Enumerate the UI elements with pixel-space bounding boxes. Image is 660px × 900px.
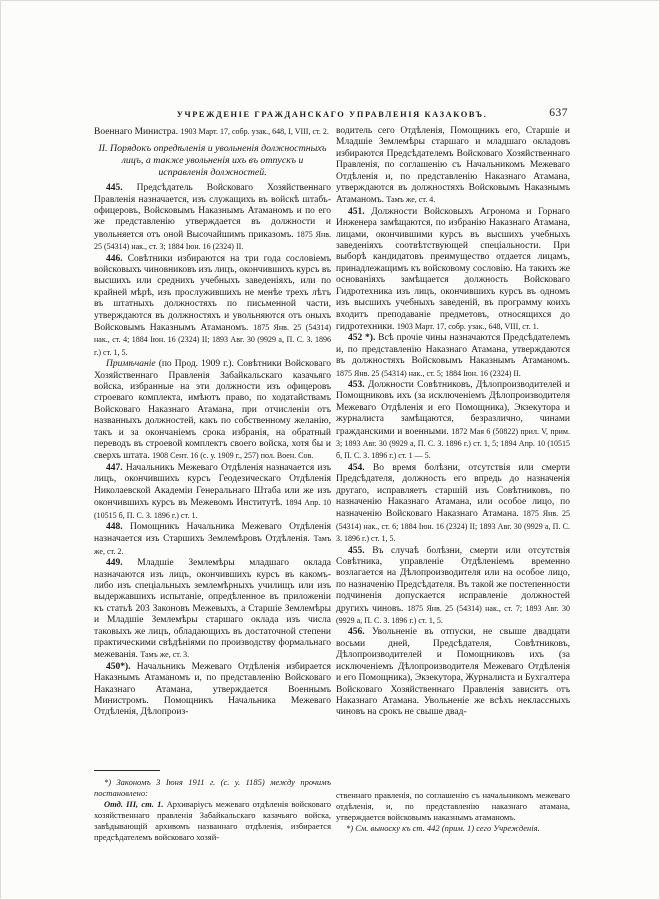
footnote-reference: *) См. выноску къ ст. 442 (прим. 1) сего…: [336, 823, 570, 834]
note-citation: 1908 Сент. 16 (с. у. 1909 г., 257) пол. …: [152, 451, 313, 460]
article-449-body: Младшіе Землемѣры младшаго оклада назнач…: [94, 558, 331, 660]
footnote-lead: Отд. III, ст. 1.: [104, 799, 163, 809]
article-455-number: 455.: [348, 546, 365, 556]
carryover-citation-right: Тамъ же, ст. 4.: [386, 195, 435, 204]
article-454: 454. Во время болѣзни, отсутствія или см…: [336, 463, 570, 546]
article-456-number: 456.: [348, 627, 365, 637]
article-452-citation: 1875 Янв. 25 (54314) нак., ст. 5; 1884 І…: [336, 369, 521, 378]
running-header-title: УЧРЕЖДЕНІЕ ГРАЖДАНСКАГО УПРАВЛЕНІЯ КАЗАК…: [94, 107, 570, 119]
article-455: 455. Въ случаѣ болѣзни, смерти или отсут…: [336, 546, 570, 628]
carryover-paragraph-right: водитель сего Отдѣленія, Помощникъ его, …: [336, 126, 570, 207]
footnote-intro: *) Закономъ 3 Іюня 1911 г. (с. у. 1185) …: [94, 777, 331, 799]
note-body: (по Прод. 1909 г.). Совѣтники Войсковаго…: [94, 359, 331, 461]
article-446: 446. Совѣтники избираются на три года со…: [94, 254, 331, 360]
article-452: 452 *). Всѣ прочіе чины назначаются Пред…: [336, 333, 570, 380]
footnote-continuation: ственнаго правленія, по соглашенію съ на…: [336, 790, 570, 823]
article-451-number: 451.: [348, 207, 365, 217]
footnote-body-paragraph: Отд. III, ст. 1. Архиваріусъ межеваго от…: [94, 799, 331, 843]
article-445-body: Предсѣдатель Войсковаго Хозяйственнаго П…: [94, 183, 331, 240]
left-column: Военнаго Министра. 1903 Март. 17, собр. …: [94, 126, 331, 719]
article-454-number: 454.: [348, 463, 365, 473]
article-447: 447. Начальникъ Межеваго Отдѣленія назна…: [94, 463, 331, 522]
article-451-citation: 1903 Март. 17, собр. узак., 648, VIII, с…: [397, 322, 539, 331]
article-449-citation: Тамъ же, ст. 3.: [140, 650, 189, 659]
article-446-number: 446.: [106, 254, 123, 264]
article-449-number: 449.: [106, 558, 123, 568]
section-heading: II. Порядокъ опредѣленія и увольненія до…: [98, 143, 327, 179]
footnote-rule: [94, 770, 160, 771]
page-number: 637: [549, 107, 568, 119]
note-paragraph: Примѣчаніе (по Прод. 1909 г.). Совѣтники…: [94, 359, 331, 463]
carryover-paragraph: Военнаго Министра. 1903 Март. 17, собр. …: [94, 126, 331, 138]
footnote-right: ственнаго правленія, по соглашенію съ на…: [336, 788, 570, 888]
article-447-number: 447.: [106, 463, 123, 473]
article-446-body: Совѣтники избираются на три года сослові…: [94, 254, 331, 333]
article-456: 456. Увольненіе въ отпуски, не свыше два…: [336, 627, 570, 718]
article-453: 453. Должности Совѣтниковъ, Дѣлопроизвод…: [336, 380, 570, 463]
article-448-number: 448.: [106, 522, 123, 532]
running-header: УЧРЕЖДЕНІЕ ГРАЖДАНСКАГО УПРАВЛЕНІЯ КАЗАК…: [94, 107, 570, 123]
carryover-text-right: водитель сего Отдѣленія, Помощникъ его, …: [336, 126, 570, 205]
article-450: 450*). Начальникъ Межеваго Отдѣленія изб…: [94, 662, 331, 719]
carryover-text: Военнаго Министра.: [94, 127, 178, 137]
article-451: 451. Должности Войсковыхъ Агронома и Гор…: [336, 207, 570, 333]
article-451-body: Должности Войсковыхъ Агронома и Горнаго …: [336, 207, 570, 332]
scanned-book-page: УЧРЕЖДЕНІЕ ГРАЖДАНСКАГО УПРАВЛЕНІЯ КАЗАК…: [0, 0, 660, 900]
article-449: 449. Младшіе Землемѣры младшаго оклада н…: [94, 558, 331, 662]
article-445-number: 445.: [106, 183, 123, 193]
carryover-citation: 1903 Март. 17, собр. узак., 648, I, VIII…: [181, 127, 329, 136]
article-450-number: 450*).: [106, 662, 131, 672]
article-445: 445. Предсѣдатель Войсковаго Хозяйственн…: [94, 183, 331, 253]
article-453-number: 453.: [348, 380, 365, 390]
article-456-body: Увольненіе въ отпуски, не свыше двадцати…: [336, 627, 570, 717]
footnote-left: *) Закономъ 3 Іюня 1911 г. (с. у. 1185) …: [94, 768, 331, 888]
article-448: 448. Помощникъ Начальника Межеваго Отдѣл…: [94, 522, 331, 558]
article-448-body: Помощникъ Начальника Межеваго Отдѣленія …: [94, 522, 331, 544]
note-label: Примѣчаніе: [106, 359, 156, 369]
article-452-number: 452 *).: [348, 333, 375, 343]
right-column: водитель сего Отдѣленія, Помощникъ его, …: [336, 126, 570, 719]
